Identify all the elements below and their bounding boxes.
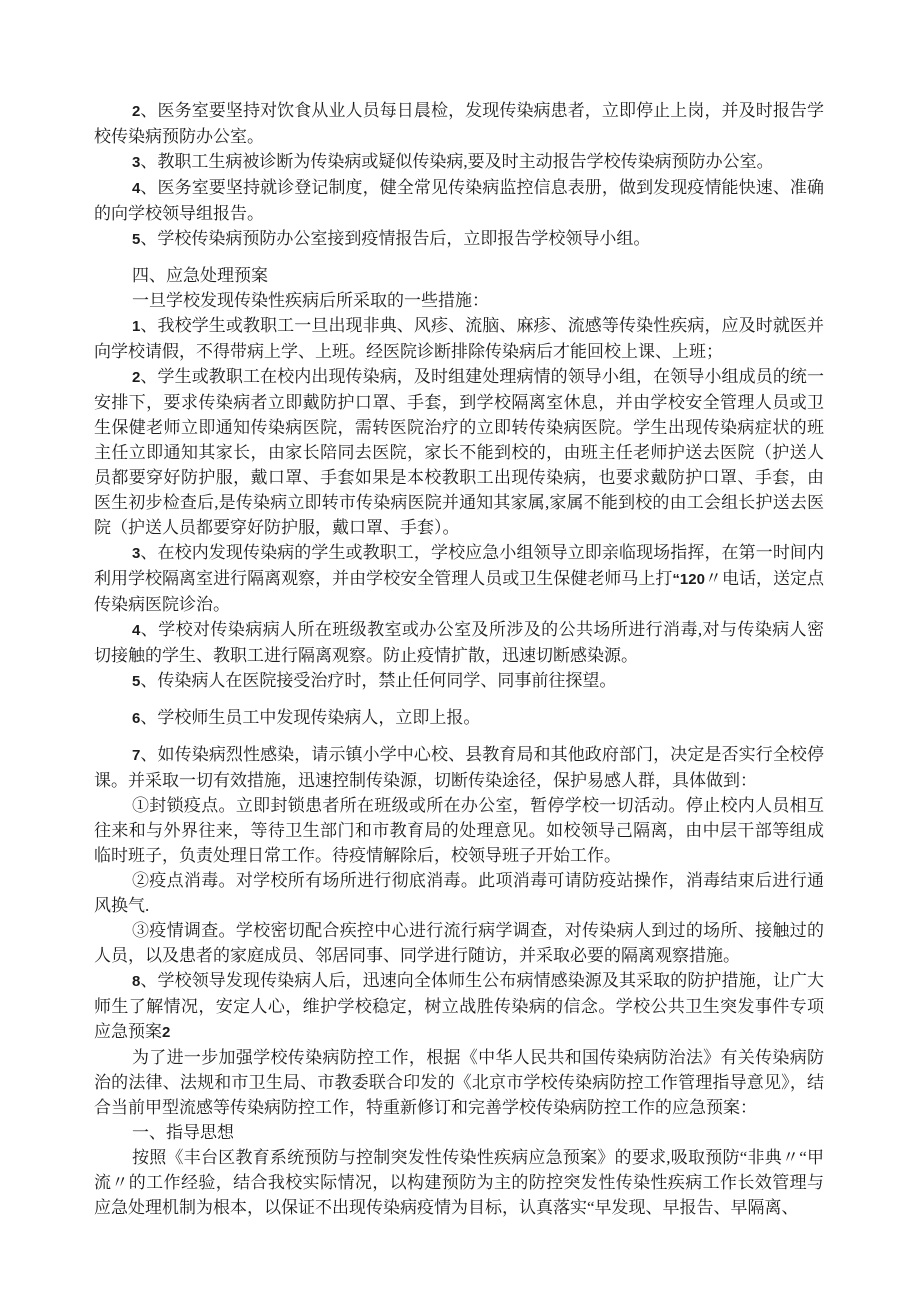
text-run: ③疫情调查。学校密切配合疾控中心进行流行病学调查，对传染病人到过的场所、接触过的… [94,921,824,965]
paragraph-14: ①封锁疫点。立即封锁患者所在班级或所在办公室，暂停学校一切活动。停止校内人员相互… [94,793,824,868]
text-run: 、如传染病烈性感染，请示镇小学中心校、县教育局和其他政府部门，决定是否实行全校停… [94,745,824,790]
text-run: ①封锁疫点。立即封锁患者所在班级或所在办公室，暂停学校一切活动。停止校内人员相互… [94,796,824,865]
paragraph-19: 一、指导思想 [94,1120,824,1145]
paragraph-16: ③疫情调查。学校密切配合疾控中心进行流行病学调查，对传染病人到过的场所、接触过的… [94,918,824,968]
paragraph-2: 3、教职工生病被诊断为传染病或疑似传染病,要及时主动报告学校传染病预防办公室。 [94,149,824,175]
text-run: 、学校传染病预防办公室接到疫情报告后，立即报告学校领导小组。 [140,229,650,248]
text-run: 、学生或教职工在校内出现传染病，及时组建处理病情的领导小组，在领导小组成员的统一… [94,367,824,537]
text-run: 一旦学校发现传染性疾病后所采取的一些措施： [132,291,489,310]
text-run: 、我校学生或教职工一旦出现非典、风疹、流脑、麻疹、流感等传染性疾病，应及时就医并… [94,316,824,361]
paragraph-9: 3、在校内发现传染病的学生或教职工，学校应急小组领导立即亲临现场指挥，在第一时间… [94,540,824,617]
paragraph-15: ②疫点消毒。对学校所有场所进行彻底消毒。此项消毒可请防疫站操作，消毒结束后进行通… [94,868,824,918]
paragraph-3: 4、医务室要坚持就诊登记制度，健全常见传染病监控信息表册，做到发现疫情能快速、准… [94,175,824,226]
text-run: 按照《丰台区教育系统预防与控制突发性传染性疾病应急预案》的要求,吸取预防“非典〃… [94,1148,824,1217]
text-run: 、学校师生员工中发现传染病人，立即上报。 [140,708,480,727]
text-run: 四、应急处理预案 [132,266,268,285]
paragraph-5: 四、应急处理预案 [94,263,824,288]
text-run: 、学校对传染病病人所在班级教室或办公室及所涉及的公共场所进行消毒,对与传染病人密… [94,620,824,665]
paragraph-1: 2、医务室要坚持对饮食从业人员每日晨检，发现传染病患者，立即停止上岗，并及时报告… [94,98,824,149]
document-page: 2、医务室要坚持对饮食从业人员每日晨检，发现传染病患者，立即停止上岗，并及时报告… [0,0,920,1301]
paragraph-7: 1、我校学生或教职工一旦出现非典、风疹、流脑、麻疹、流感等传染性疾病，应及时就医… [94,313,824,364]
paragraph-11: 5、传染病人在医院接受治疗时，禁止任何同学、同事前往探望。 [94,668,824,694]
text-run: 、学校领导发现传染病人后，迅速向全体师生公布病情感染源及其采取的防护措施，让广大… [94,971,824,1041]
text-run: 、医务室要坚持对饮食从业人员每日晨检，发现传染病患者，立即停止上岗，并及时报告学… [94,101,824,146]
paragraph-17: 8、学校领导发现传染病人后，迅速向全体师生公布病情感染源及其采取的防护措施，让广… [94,968,824,1045]
text-run: 为了进一步加强学校传染病防控工作，根据《中华人民共和国传染病防治法》有关传染病防… [94,1048,824,1117]
paragraph-12: 6、学校师生员工中发现传染病人，立即上报。 [94,705,824,731]
text-run: 一、指导思想 [132,1123,234,1142]
text-run: ②疫点消毒。对学校所有场所进行彻底消毒。此项消毒可请防疫站操作，消毒结束后进行通… [94,871,824,915]
paragraph-20: 按照《丰台区教育系统预防与控制突发性传染性疾病应急预案》的要求,吸取预防“非典〃… [94,1145,824,1220]
text-run: 、传染病人在医院接受治疗时，禁止任何同学、同事前往探望。 [140,671,616,690]
text-run: 、教职工生病被诊断为传染病或疑似传染病,要及时主动报告学校传染病预防办公室。 [140,152,773,171]
paragraph-6: 一旦学校发现传染性疾病后所采取的一些措施： [94,288,824,313]
paragraph-13: 7、如传染病烈性感染，请示镇小学中心校、县教育局和其他政府部门，决定是否实行全校… [94,742,824,793]
paragraph-8: 2、学生或教职工在校内出现传染病，及时组建处理病情的领导小组，在领导小组成员的统… [94,364,824,540]
paragraph-10: 4、学校对传染病病人所在班级教室或办公室及所涉及的公共场所进行消毒,对与传染病人… [94,617,824,668]
bold-text-run: 2 [162,1024,170,1041]
paragraph-18: 为了进一步加强学校传染病防控工作，根据《中华人民共和国传染病防治法》有关传染病防… [94,1045,824,1120]
document-body: 2、医务室要坚持对饮食从业人员每日晨检，发现传染病患者，立即停止上岗，并及时报告… [94,98,824,1220]
text-run: 、医务室要坚持就诊登记制度，健全常见传染病监控信息表册，做到发现疫情能快速、准确… [94,178,824,223]
paragraph-4: 5、学校传染病预防办公室接到疫情报告后，立即报告学校领导小组。 [94,226,824,252]
bold-text-run: “120 [672,571,705,588]
